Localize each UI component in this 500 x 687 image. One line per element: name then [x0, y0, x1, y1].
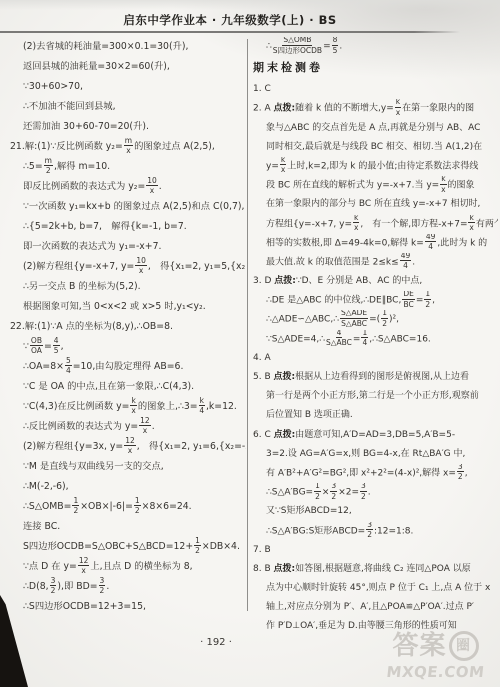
fraction: 32: [99, 577, 106, 595]
fraction: 12: [381, 310, 388, 327]
column-divider: [247, 39, 248, 611]
text-line: 同时相交,最后就是与线段 BC 相交、相切.当 A(1,2)在: [266, 138, 498, 157]
text-line: 5. B 点拨:根据从上边看得到的图形是俯视图,从上边看: [253, 368, 498, 387]
fraction: 12: [314, 483, 321, 500]
text-line: 在第一象限内的部分与 BC 所在直线 y=-x+7 相切时,: [266, 195, 498, 214]
fraction: 85: [332, 37, 339, 54]
text-line: ∴D(8,32),即 BD=32.: [23, 577, 246, 597]
text-line: (2)去省城的耗油量=300×0.1=30(升),: [23, 37, 246, 57]
fraction: OBOA: [30, 337, 43, 355]
text-line: ∵C(4,3)在反比例函数 y=kx的图象上,∴3=k4,k=12.: [23, 397, 246, 417]
fraction: 32: [457, 464, 464, 481]
text-line: 还需加油 30+60-70=20(升).: [23, 117, 246, 137]
text-line: (2)解方程组{y=3x, y=12x, 得{x₁=2, y₁=6,{x₂=-2…: [23, 437, 246, 457]
text-line: 后位置知 B 选项正确.: [266, 406, 498, 425]
watermark-circle-icon: 圈: [449, 631, 479, 661]
fraction: kx: [130, 397, 136, 415]
text-line: ∴不加油不能回到县城,: [23, 97, 246, 117]
fraction: 494: [425, 234, 437, 251]
text-line: 象与△ABC 的交点首先是 A 点,再就是分别与 AB、AC: [266, 119, 498, 138]
text-line: ∴OA=8×54=10,由勾股定理得 AB=6.: [23, 357, 246, 377]
text-line: 段 BC 所在直线的解析式为 y=-x+7.当 y=kx的图象: [266, 176, 498, 195]
text-line: ∵C 是 OA 的中点,且在第一象限,∴C(4,3).: [23, 377, 246, 397]
fraction: m2: [44, 157, 53, 175]
text-line: 21.解:(1)∵反比例函数 y₂=mx的图象过点 A(2,5),: [10, 137, 246, 157]
photo-edge-smudge: [0, 0, 500, 10]
text-line: 22.解:(1)∵A 点的坐标为(8,y),∴OB=8.: [10, 317, 246, 337]
text-line: y=kx上时,k=2,即为 k 的最小值;由待定系数法求得线: [266, 157, 498, 176]
text-line: ∵M 是直线与双曲线另一支的交点,: [23, 457, 246, 477]
text-line: ∵一次函数 y₁=kx+b 的图象过点 A(2,5)和点 C(0,7),: [23, 197, 246, 217]
fraction: 12x: [78, 557, 90, 575]
text-line: 相等的实数根,即 Δ=49-4k=0,解得 k=494,此时为 k 的: [266, 234, 498, 253]
text-line: 2. A 点拨:随着 k 值的不断增大,y=kx在第一象限内的图: [253, 99, 498, 118]
fraction: k4: [199, 397, 205, 415]
text-line: ∴{5=2k+b, b=7, 解得{k=-1, b=7.: [23, 217, 246, 237]
text-line: 即反比例函数的表达式为 y₂=10x.: [23, 177, 246, 197]
text-line: ∴M(-2,-6),: [23, 477, 246, 497]
header-divider-line: [0, 31, 460, 33]
text-line: ∵点 D 在 y=12x上,且点 D 的横坐标为 8,: [23, 557, 246, 577]
text-line: 1. C: [253, 80, 498, 99]
left-column: (2)去省城的耗油量=300×0.1=30(升),返回县城的油耗量=30×2=6…: [10, 37, 246, 617]
fraction: 14: [361, 330, 368, 347]
fraction: kx: [280, 157, 286, 174]
watermark-brand-text: 答案: [392, 632, 446, 660]
text-line: 即一次函数的表达式为 y₁=-x+7.: [23, 237, 246, 257]
text-line: 轴上,对应点分别为 P′、A′,且△POA≌△P′OA′.过点 P′: [266, 598, 498, 617]
fraction: kx: [440, 176, 446, 193]
text-line: 最大值.故 k 的取值范围是 2≤k≤494.: [266, 253, 498, 272]
right-column: ∴S△OMBS四边形OCDB=85.期末检测卷1. C2. A 点拨:随着 k …: [253, 37, 498, 637]
fraction: 4S△ABC: [326, 330, 352, 347]
fraction: 12: [424, 291, 431, 308]
dianbo-label: 点拨:: [274, 430, 296, 440]
text-line: ∴反比例函数的表达式为 y=12x.: [23, 417, 246, 437]
fraction: 45: [53, 337, 60, 355]
section-heading: 期末检测卷: [253, 56, 498, 80]
fraction: 32: [330, 483, 337, 500]
dianbo-label: 点拨:: [274, 276, 296, 286]
text-line: ∵OBOA=45,: [23, 337, 246, 357]
dianbo-label: 点拨:: [273, 564, 295, 574]
text-line: ∴另一交点 B 的坐标为(5,2).: [23, 277, 246, 297]
text-line: 有 A′B²+A′G²=BG²,即 x²+2²=(4-x)²,解得 x=32,: [266, 464, 498, 483]
text-line: ∴S△A′BG=12×32×2=32.: [266, 483, 498, 502]
text-line: 返回县城的油耗量=30×2=60(升),: [23, 57, 246, 77]
text-line: 8. B 点拨:如答图,根据题意,将曲线 C₂ 连同△POA 以原: [253, 560, 498, 579]
fraction: 32: [366, 522, 373, 539]
text-line: 4. A: [253, 349, 498, 368]
fraction: kx: [395, 99, 401, 116]
text-line: ∴S△A′BG:S矩形ABCD=32:12=1:8.: [266, 522, 498, 541]
fraction: mx: [124, 137, 133, 155]
dianbo-label: 点拨:: [273, 104, 295, 114]
text-line: 又∵S矩形ABCD=12,: [266, 502, 498, 521]
watermark-logo: 答案 圈: [373, 631, 498, 661]
fraction: 10x: [146, 177, 158, 195]
text-line: ∴S四边形OCDB=12+3=15,: [23, 597, 246, 617]
text-line: 3. D 点拨:∵D、E 分别是 AB、AC 的中点,: [253, 272, 498, 291]
fraction: 32: [50, 577, 57, 595]
text-line: ∵30+60>70,: [23, 77, 246, 97]
text-line: S四边形OCDB=S△OBC+S△BCD=12+12×DB×4.: [23, 537, 246, 557]
text-line: ∴5=m2,解得 m=10.: [23, 157, 246, 177]
fraction: 54: [65, 357, 72, 375]
text-line: ∴△ADE∽△ABC,∴S△ADES△ABC=(12)²,: [266, 310, 498, 329]
fraction: 12x: [139, 417, 151, 435]
watermark-url: MXQE.COM: [372, 663, 499, 681]
fraction: kx: [353, 215, 359, 232]
fraction: S△ADES△ABC: [340, 310, 368, 327]
text-line: 第一行是两个小正方形,第二行是一个小正方形,观察前: [266, 387, 498, 406]
text-line: ∴S△OMBS四边形OCDB=85.: [266, 37, 498, 56]
dianbo-label: 点拨:: [273, 372, 295, 382]
fraction: 494: [400, 253, 412, 270]
text-line: 方程组{y=-x+7, y=kx, 有一个解,即方程-x+7=kx有两个: [266, 215, 498, 234]
text-line: 连接 BC.: [23, 517, 246, 537]
text-line: 7. B: [253, 541, 498, 560]
text-line: ∵S△ADE=4,∴4S△ABC=14,∴S△ABC=16.: [266, 330, 498, 349]
text-line: ∴S△OMB=12×OB×|-6|=12×8×6=24.: [23, 497, 246, 517]
text-line: 3=2.设 AG=A′G=x,则 BG=4-x,在 Rt△BA′G 中,: [266, 445, 498, 464]
page-header-title: 启东中学作业本 · 九年级数学(上) · BS: [0, 12, 460, 28]
text-line: 点为中心顺时针旋转 45°,则点 P 位于 C₁ 上,点 A 位于 x: [266, 579, 498, 598]
fraction: 32: [360, 483, 367, 500]
text-line: (2)解方程组{y=-x+7, y=10x, 得{x₁=2, y₁=5,{x₂=…: [23, 257, 246, 277]
fraction: DEBC: [402, 291, 415, 308]
text-line: 6. C 点拨:由题意可知,A′D=AD=3,DB=5,A′B=5-: [253, 426, 498, 445]
page-number: · 192 ·: [0, 637, 432, 648]
text-line: ∴DE 是△ABC 的中位线,∴DE∥BC,DEBC=12,: [266, 291, 498, 310]
fraction: S△OMBS四边形OCDB: [273, 37, 322, 54]
fraction: 12: [134, 497, 141, 515]
workbook-page: 启东中学作业本 · 九年级数学(上) · BS (2)去省城的耗油量=300×0…: [0, 0, 500, 687]
fraction: 12: [72, 497, 79, 515]
fraction: kx: [468, 215, 474, 232]
watermark: 答案 圈 MXQE.COM: [373, 631, 498, 681]
fraction: 12: [194, 537, 201, 555]
fraction: 12x: [124, 437, 136, 455]
fraction: 10x: [135, 257, 147, 275]
text-line: 根据图象可知,当 0<x<2 或 x>5 时,y₁<y₂.: [23, 297, 246, 317]
